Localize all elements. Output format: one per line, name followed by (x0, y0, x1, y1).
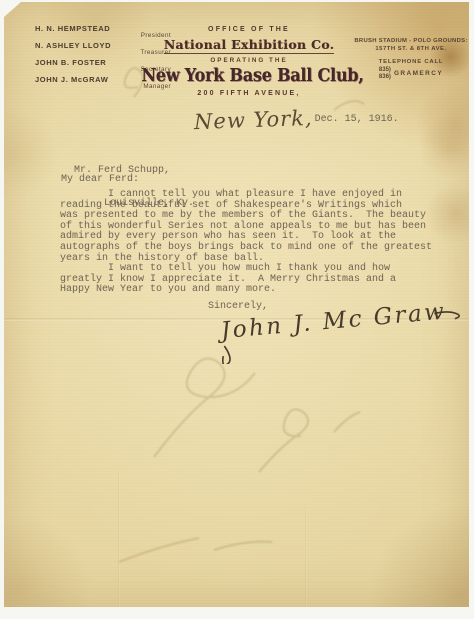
company-name: National Exhibition Co. (164, 37, 335, 54)
telephone-label: TELEPHONE CALL (352, 59, 470, 65)
telephone-number-2: 836) (379, 74, 391, 81)
body-paragraph-1: I cannot tell you what pleasure I have e… (60, 190, 445, 264)
office-of-the-line: OFFICE OF THE (132, 26, 366, 33)
place-script: New York, (194, 106, 313, 134)
club-name: New York Base Ball Club, (141, 66, 356, 86)
body-line: Happy New Year to you and many more. (60, 285, 445, 296)
scanned-letter: H. N. HEMPSTEAD President N. ASHLEY LLOY… (0, 0, 474, 619)
body-paragraph-2: I want to tell you how much I thank you … (60, 264, 445, 296)
stadium-line: BRUSH STADIUM - POLO GROUNDS: (352, 38, 470, 44)
letter-paper: H. N. HEMPSTEAD President N. ASHLEY LLOY… (4, 2, 469, 607)
letterhead-center: OFFICE OF THE National Exhibition Co. OP… (132, 26, 366, 97)
operating-the-line: OPERATING THE (132, 57, 366, 64)
handwritten-signature: John J. Mc Graw (204, 302, 469, 364)
club-street-address: 200 FIFTH AVENUE, (132, 90, 366, 97)
signature-text: John J. Mc Graw (216, 302, 447, 345)
body-line: autographs of the boys brings back to mi… (60, 243, 445, 254)
typed-date: Dec. 15, 1916. (315, 114, 399, 125)
letterhead-right: BRUSH STADIUM - POLO GROUNDS: 157TH ST. … (352, 38, 470, 80)
fold-crease-vertical-left (118, 472, 120, 607)
fold-crease-vertical-right (305, 507, 307, 607)
body-line: I want to tell you how much I thank you … (60, 264, 445, 275)
stadium-address-line: 157TH ST. & 8TH AVE. (352, 46, 470, 52)
telephone-exchange: GRAMERCY (394, 70, 443, 77)
body-line: I cannot tell you what pleasure I have e… (60, 190, 445, 201)
salutation: My dear Ferd: (61, 174, 139, 185)
dateline: New York,Dec. 15, 1916. (194, 108, 399, 132)
telephone-numbers: 835) 836) GRAMERCY (352, 67, 470, 80)
